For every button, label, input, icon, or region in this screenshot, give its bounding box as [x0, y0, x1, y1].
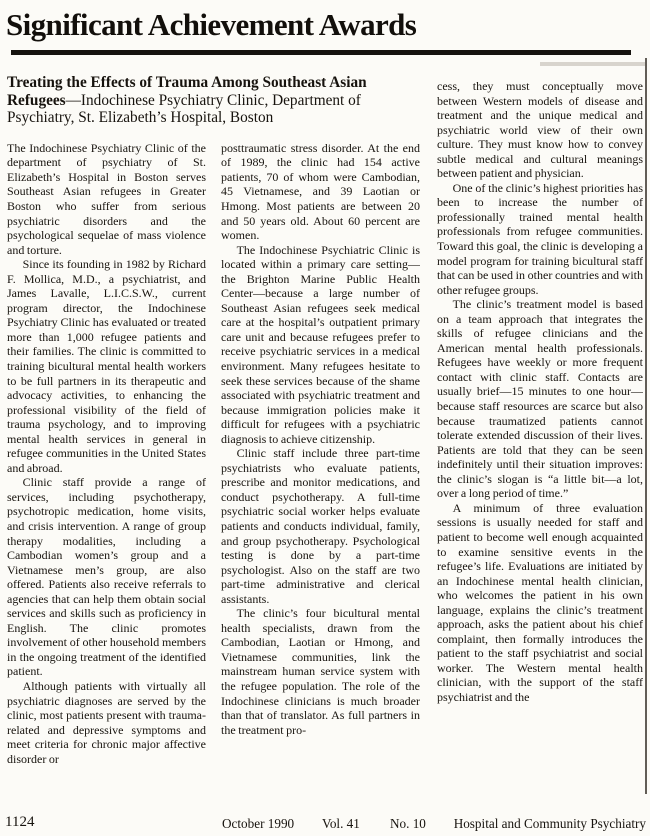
page-footer: 1124 October 1990 Vol. 41 No. 10 Hospita…: [0, 814, 650, 834]
paragraph: The clinic’s four bicultural mental heal…: [221, 606, 420, 737]
footer-journal-name: Hospital and Community Psychiatry: [454, 816, 646, 832]
article-heading: Treating the Effects of Trauma Among Sou…: [7, 74, 411, 127]
paragraph: Clinic staff include three part-time psy…: [221, 446, 420, 606]
paragraph: Since its founding in 1982 by Richard F.…: [7, 257, 206, 475]
scan-artifact: [540, 62, 645, 66]
column-2: posttraumatic stress disorder. At the en…: [221, 141, 420, 801]
footer-number: No. 10: [390, 816, 426, 832]
journal-page: Significant Achievement Awards Treating …: [0, 0, 650, 836]
page-edge-line: [645, 58, 647, 794]
paragraph: The clinic’s treatment model is based on…: [437, 297, 643, 501]
column-3: cess, they must conceptually move betwee…: [437, 79, 643, 795]
paragraph: Clinic staff provide a range of services…: [7, 475, 206, 679]
footer-volume: Vol. 41: [322, 816, 360, 832]
paragraph: The Indochinese Psychiatry Clinic of the…: [7, 141, 206, 257]
paragraph: The Indochinese Psychiatric Clinic is lo…: [221, 243, 420, 447]
column-1: The Indochinese Psychiatry Clinic of the…: [7, 141, 206, 801]
paragraph: A minimum of three evaluation sessions i…: [437, 501, 643, 705]
page-title: Significant Achievement Awards: [6, 4, 650, 46]
paragraph: One of the clinic’s highest priorities h…: [437, 181, 643, 297]
article-left-block: Treating the Effects of Trauma Among Sou…: [7, 74, 420, 801]
footer-page-number: 1124: [5, 814, 34, 831]
title-rule: [11, 50, 631, 55]
paragraph: posttraumatic stress disorder. At the en…: [221, 141, 420, 243]
paragraph: Although patients with virtually all psy…: [7, 679, 206, 766]
footer-issue-date: October 1990: [222, 816, 294, 832]
columns-1-2: The Indochinese Psychiatry Clinic of the…: [7, 141, 420, 801]
paragraph: cess, they must conceptually move betwee…: [437, 79, 643, 181]
masthead: Significant Achievement Awards: [0, 0, 650, 55]
